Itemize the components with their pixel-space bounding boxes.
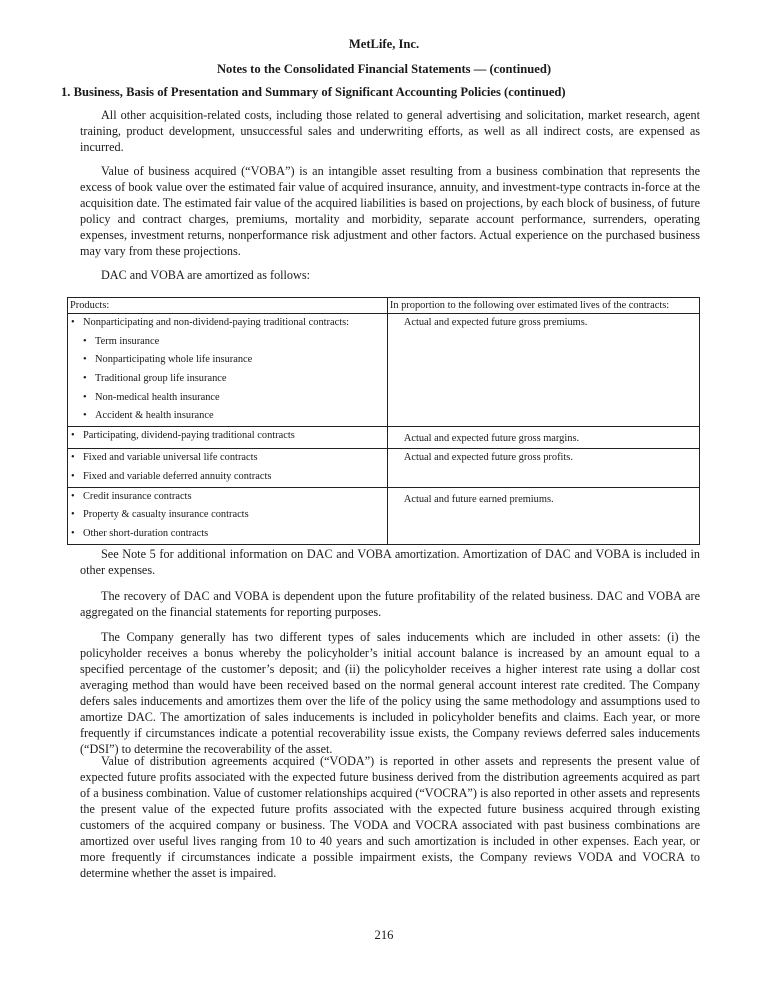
bullet-icon: •: [71, 506, 83, 524]
header-products: Products:: [68, 298, 387, 313]
amortization-basis: Actual and expected future gross premium…: [388, 314, 699, 332]
bullet-icon: •: [71, 468, 83, 486]
product-subitem: •Term insurance: [68, 333, 387, 352]
amortization-table: Products: In proportion to the following…: [67, 297, 700, 545]
header-basis: In proportion to the following over esti…: [388, 298, 699, 313]
product-subitem: •Accident & health insurance: [68, 407, 387, 426]
product-item: •Fixed and variable universal life contr…: [68, 449, 387, 468]
bullet-icon: •: [71, 427, 83, 445]
amortization-basis: Actual and future earned premiums.: [388, 488, 699, 509]
bullet-icon: •: [71, 314, 83, 332]
product-item: •Participating, dividend-paying traditio…: [68, 427, 387, 446]
bullet-icon: •: [83, 407, 95, 425]
section-heading: 1. Business, Basis of Presentation and S…: [61, 85, 566, 100]
bullet-icon: •: [71, 525, 83, 543]
document-page: MetLife, Inc. Notes to the Consolidated …: [0, 0, 768, 993]
company-name: MetLife, Inc.: [0, 37, 768, 52]
bullet-icon: •: [83, 389, 95, 407]
paragraph-acquisition-costs: All other acquisition-related costs, inc…: [80, 107, 700, 155]
product-subitem: •Traditional group life insurance: [68, 370, 387, 389]
paragraph-recovery: The recovery of DAC and VOBA is dependen…: [80, 588, 700, 620]
table-header-row: Products: In proportion to the following…: [68, 298, 700, 314]
bullet-icon: •: [71, 449, 83, 467]
bullet-icon: •: [71, 488, 83, 506]
table-row: •Fixed and variable universal life contr…: [68, 449, 700, 487]
product-item: •Other short-duration contracts: [68, 525, 387, 544]
amortization-basis: Actual and expected future gross margins…: [388, 427, 699, 448]
product-item: •Fixed and variable deferred annuity con…: [68, 468, 387, 487]
product-subitem: •Non-medical health insurance: [68, 389, 387, 408]
paragraph-note5-reference: See Note 5 for additional information on…: [80, 546, 700, 578]
notes-title: Notes to the Consolidated Financial Stat…: [0, 62, 768, 77]
product-item: •Nonparticipating and non-dividend-payin…: [68, 314, 387, 333]
page-number: 216: [0, 928, 768, 943]
paragraph-sales-inducements: The Company generally has two different …: [80, 629, 700, 757]
table-row: •Participating, dividend-paying traditio…: [68, 427, 700, 449]
bullet-icon: •: [83, 351, 95, 369]
table-row: •Credit insurance contracts •Property & …: [68, 487, 700, 544]
amortization-basis: Actual and expected future gross profits…: [388, 449, 699, 467]
paragraph-voda-vocra: Value of distribution agreements acquire…: [80, 753, 700, 881]
paragraph-voba: Value of business acquired (“VOBA”) is a…: [80, 163, 700, 259]
product-subitem: •Nonparticipating whole life insurance: [68, 351, 387, 370]
paragraph-amortized-intro: DAC and VOBA are amortized as follows:: [80, 267, 700, 283]
product-item: •Credit insurance contracts: [68, 488, 387, 507]
bullet-icon: •: [83, 370, 95, 388]
table-row: •Nonparticipating and non-dividend-payin…: [68, 314, 700, 427]
bullet-icon: •: [83, 333, 95, 351]
product-item: •Property & casualty insurance contracts: [68, 506, 387, 525]
